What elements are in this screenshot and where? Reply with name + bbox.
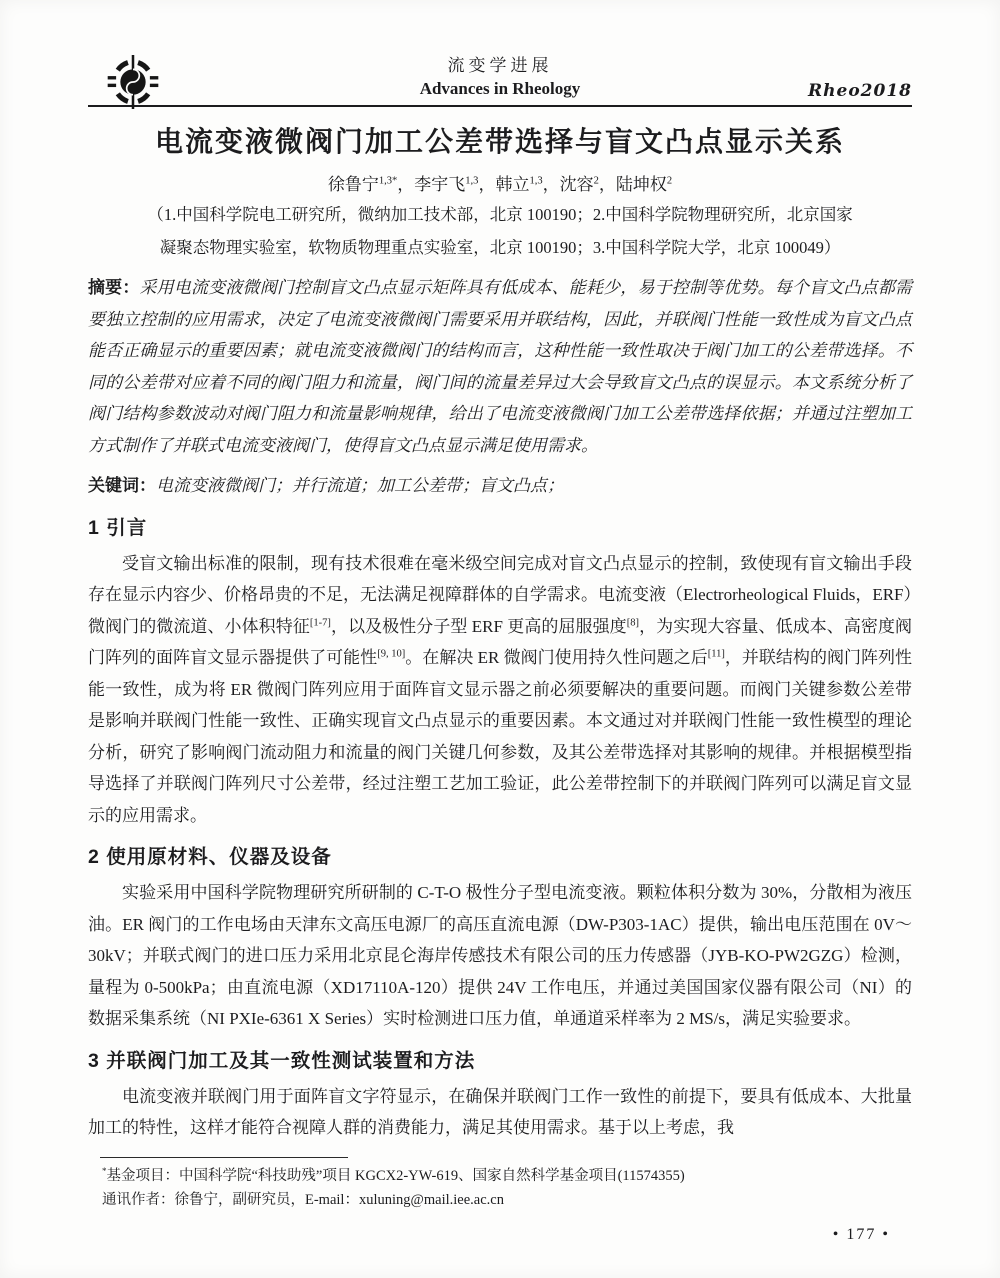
- footnote-block: *基金项目：中国科学院“科技助残”项目 KGCX2-YW-619、国家自然科学基…: [88, 1157, 912, 1212]
- section-3-paragraph: 电流变液并联阀门用于面阵盲文字符显示，在确保并联阀门工作一致性的前提下，要具有低…: [88, 1081, 912, 1144]
- section-introduction: 1 引言 受盲文输出标准的限制，现有技术很难在毫米级空间完成对盲文凸点显示的控制…: [88, 502, 912, 832]
- section-heading-2: 2 使用原材料、仪器及设备: [88, 844, 912, 870]
- keywords-line: 关键词：电流变液微阀门；并行流道；加工公差带；盲文凸点；: [88, 470, 912, 502]
- society-logo-icon: [106, 55, 160, 109]
- section-methods: 3 并联阀门加工及其一致性测试装置和方法 电流变液并联阀门用于面阵盲文字符显示，…: [88, 1035, 912, 1144]
- section-heading-3: 3 并联阀门加工及其一致性测试装置和方法: [88, 1048, 912, 1074]
- authors-line: 徐鲁宁1,3*，李宇飞1,3，韩立1,3，沈容2，陆坤权2: [88, 173, 912, 197]
- conference-mark: Rheo2018: [808, 81, 912, 101]
- page-number: • 177 •: [88, 1226, 912, 1244]
- journal-header: 流变学进展 Advances in Rheology Rheo2018: [88, 54, 912, 107]
- journal-title-en: Advances in Rheology: [88, 77, 912, 100]
- footnote-contact: 通讯作者：徐鲁宁，副研究员，E-mail：xuluning@mail.iee.a…: [102, 1188, 912, 1212]
- footnote-funding: *基金项目：中国科学院“科技助残”项目 KGCX2-YW-619、国家自然科学基…: [102, 1164, 912, 1188]
- paper-title: 电流变液微阀门加工公差带选择与盲文凸点显示关系: [88, 123, 912, 161]
- paper-page: 流变学进展 Advances in Rheology Rheo2018 电流变液…: [0, 0, 1000, 1278]
- section-materials: 2 使用原材料、仪器及设备 实验采用中国科学院物理研究所研制的 C-T-O 极性…: [88, 831, 912, 1035]
- affiliation-line-2: 凝聚态物理实验室，软物质物理重点实验室，北京 100190；3.中国科学院大学，…: [88, 233, 912, 263]
- section-heading-1: 1 引言: [88, 515, 912, 541]
- affiliation-line-1: （1.中国科学院电工研究所，微纳加工技术部，北京 100190；2.中国科学院物…: [88, 200, 912, 230]
- section-1-paragraph: 受盲文输出标准的限制，现有技术很难在毫米级空间完成对盲文凸点显示的控制，致使现有…: [88, 548, 912, 832]
- section-2-paragraph: 实验采用中国科学院物理研究所研制的 C-T-O 极性分子型电流变液。颗粒体积分数…: [88, 877, 912, 1035]
- abstract-paragraph: 摘要：采用电流变液微阀门控制盲文凸点显示矩阵具有低成本、能耗少，易于控制等优势。…: [88, 272, 912, 461]
- journal-title-cn: 流变学进展: [88, 54, 912, 77]
- footnote-divider: [100, 1157, 348, 1158]
